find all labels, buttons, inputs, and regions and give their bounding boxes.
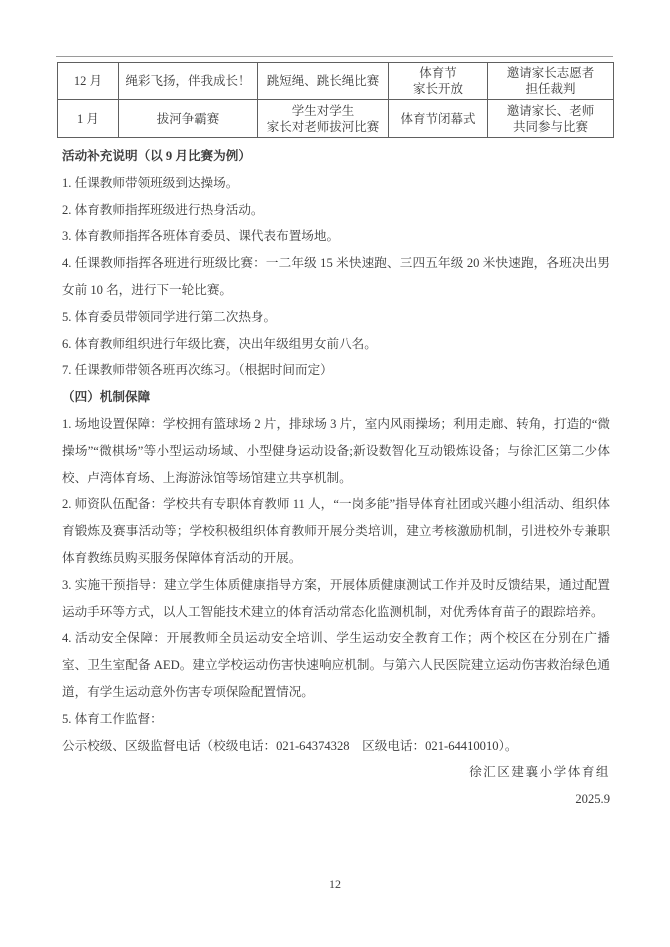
signature-date: 2025.9 — [62, 786, 610, 813]
supplement-title: 活动补充说明（以 9 月比赛为例） — [62, 143, 610, 170]
supplement-item-2: 2. 体育教师指挥班级进行热身活动。 — [62, 197, 610, 224]
cell-theme: 拔河争霸赛 — [119, 100, 258, 138]
supplement-item-3: 3. 体育教师指挥各班体育委员、课代表布置场地。 — [62, 223, 610, 250]
supervision-phone-line: 公示校级、区级监督电话（校级电话：021-64374328 区级电话：021-6… — [62, 733, 610, 760]
cell-event: 跳短绳、跳长绳比赛 — [258, 63, 389, 100]
supplement-item-1: 1. 任课教师带领班级到达操场。 — [62, 170, 610, 197]
supplement-item-4: 4. 任课教师指挥各班进行班级比赛：一二年级 15 米快速跑、三四五年级 20 … — [62, 250, 610, 304]
supplement-item-6: 6. 体育教师组织进行年级比赛，决出年级组男女前八名。 — [62, 331, 610, 358]
activity-schedule-table: 12 月 绳彩飞扬，伴我成长！ 跳短绳、跳长绳比赛 体育节 家长开放 邀请家长志… — [57, 62, 614, 138]
supplement-item-5: 5. 体育委员带领同学进行第二次热身。 — [62, 304, 610, 331]
cell-participants: 邀请家长志愿者 担任裁判 — [488, 63, 614, 100]
supplement-item-7: 7. 任课教师带领各班再次练习。（根据时间而定） — [62, 357, 610, 384]
document-body: 活动补充说明（以 9 月比赛为例） 1. 任课教师带领班级到达操场。 2. 体育… — [62, 143, 610, 813]
mechanism-item-3: 3. 实施干预指导：建立学生体质健康指导方案，开展体质健康测试工作并及时反馈结果… — [62, 572, 610, 626]
schedule-row-january: 1 月 拔河争霸赛 学生对学生 家长对老师拔河比赛 体育节闭幕式 邀请家长、老师… — [58, 100, 614, 138]
page-number: 12 — [0, 877, 670, 892]
mechanism-item-5: 5. 体育工作监督： — [62, 706, 610, 733]
table-top-rule — [56, 56, 613, 57]
cell-month: 1 月 — [58, 100, 119, 138]
cell-participants: 邀请家长、老师 共同参与比赛 — [488, 100, 614, 138]
mechanism-item-1: 1. 场地设置保障：学校拥有篮球场 2 片，排球场 3 片，室内风雨操场；利用走… — [62, 411, 610, 491]
mechanism-title: （四）机制保障 — [62, 384, 610, 411]
cell-month: 12 月 — [58, 63, 119, 100]
schedule-row-december: 12 月 绳彩飞扬，伴我成长！ 跳短绳、跳长绳比赛 体育节 家长开放 邀请家长志… — [58, 63, 614, 100]
signature-org: 徐汇区建襄小学体育组 — [62, 759, 610, 786]
cell-event: 学生对学生 家长对老师拔河比赛 — [258, 100, 389, 138]
cell-format: 体育节闭幕式 — [389, 100, 488, 138]
mechanism-item-2: 2. 师资队伍配备：学校共有专职体育教师 11 人，“一岗多能”指导体育社团或兴… — [62, 491, 610, 571]
mechanism-item-4: 4. 活动安全保障：开展教师全员运动安全培训、学生运动安全教育工作；两个校区在分… — [62, 625, 610, 705]
cell-format: 体育节 家长开放 — [389, 63, 488, 100]
cell-theme: 绳彩飞扬，伴我成长！ — [119, 63, 258, 100]
document-page: 12 月 绳彩飞扬，伴我成长！ 跳短绳、跳长绳比赛 体育节 家长开放 邀请家长志… — [0, 0, 670, 947]
